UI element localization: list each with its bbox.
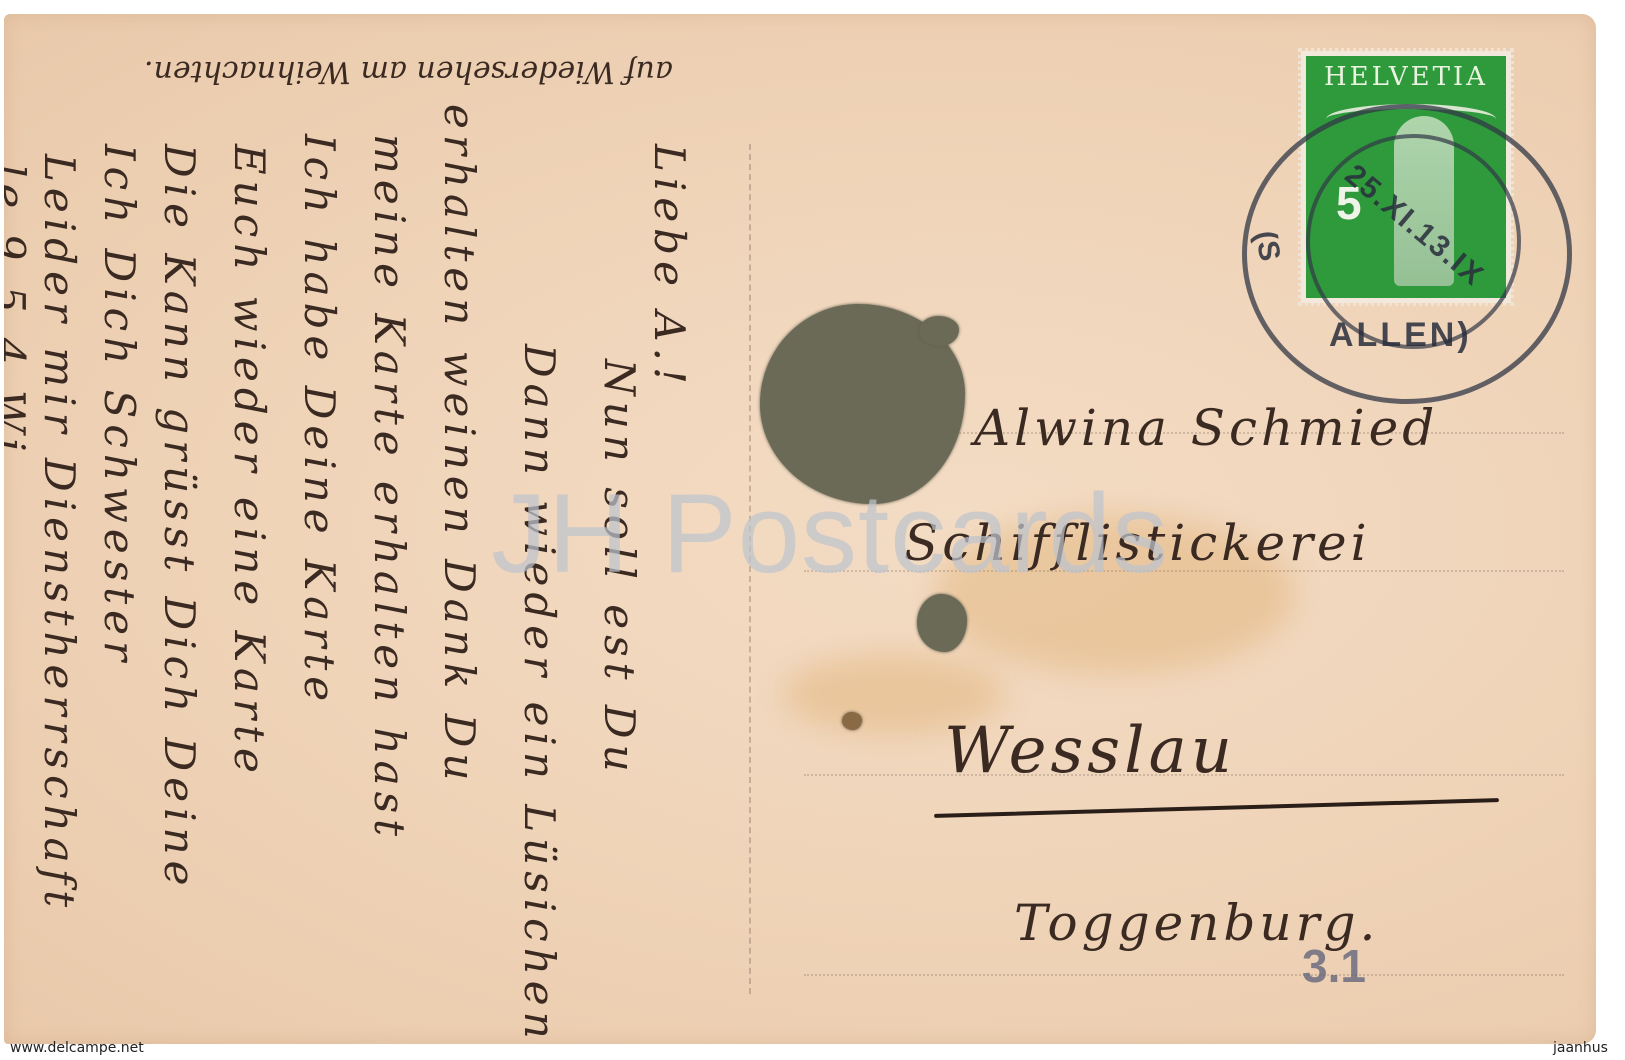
message-line: erhalten weinen Dank Du (435, 104, 484, 786)
message-line: Dann wieder ein Lüsichen (515, 344, 564, 1044)
source-caption-right: jaanhus (1553, 1040, 1608, 1056)
postcard: Liebe A.! Nun soll est Du Dann wieder ei… (4, 14, 1596, 1044)
message-line: Ich Dich Schwester (95, 144, 144, 667)
pencil-note: 3.1 (1302, 939, 1366, 993)
address-name: Alwina Schmied (974, 399, 1438, 457)
message-line: Ich habe Deine Karte (295, 134, 344, 707)
ink-blot (842, 712, 862, 730)
message-line: le 9 5 4 Wi (4, 164, 34, 458)
strike-through-line (934, 798, 1499, 818)
message-upside-down: auf Wiedersehen am Weihnachten. (144, 54, 673, 89)
message-greeting: Liebe A.! (645, 144, 694, 390)
stamp-country: HELVETIA (1306, 62, 1506, 92)
message-line: Leider mir Dienstherrschaft (35, 154, 84, 913)
source-caption-left: www.delcampe.net (10, 1040, 144, 1056)
address-town-struck: Wesslau (944, 714, 1236, 788)
message-line: meine Karte erhalten hast (365, 134, 414, 842)
postmark-left-text: (S (1248, 228, 1287, 263)
ink-blot (917, 594, 967, 652)
postmark-town: ALLEN) (1329, 316, 1472, 355)
watermark: JH Postcards (491, 469, 1169, 598)
message-line: Die Kann grüsst Dich Deine (155, 144, 204, 891)
ink-blot (919, 316, 959, 346)
message-line: Euch wieder eine Karte (225, 144, 274, 779)
address-rule (804, 974, 1564, 976)
